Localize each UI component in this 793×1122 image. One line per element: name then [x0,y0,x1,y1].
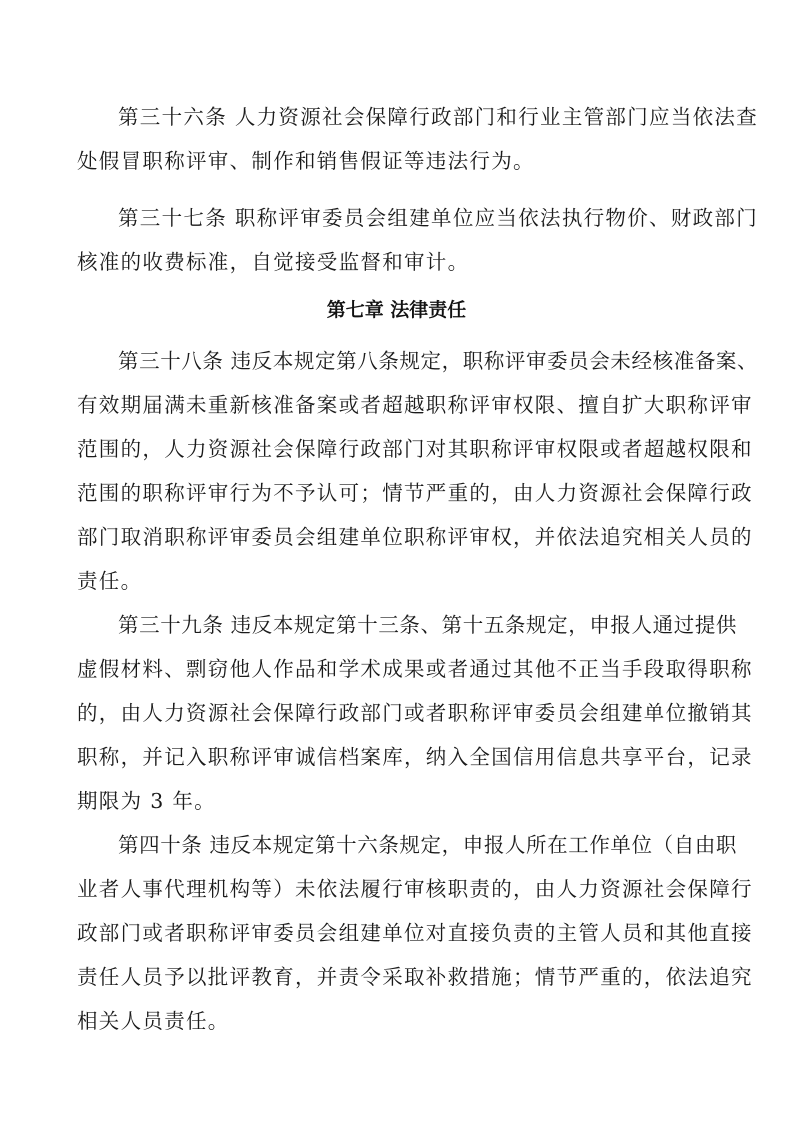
document-page: 第三十六条 人力资源社会保障行政部门和行业主管部门应当依法查 处假冒职称评审、制… [0,0,793,1122]
paragraph-line: 政部门或者职称评审委员会组建单位对直接负责的主管人员和其他直接 [77,919,717,947]
paragraph-line: 虚假材料、剽窃他人作品和学术成果或者通过其他不正当手段取得职称 [77,655,717,683]
paragraph-line: 的，由人力资源社会保障行政部门或者职称评审委员会组建单位撤销其 [77,699,717,727]
paragraph-line: 处假冒职称评审、制作和销售假证等违法行为。 [77,147,717,175]
paragraph-line: 第三十九条 违反本规定第十三条、第十五条规定，申报人通过提供 [118,611,758,639]
paragraph-line: 第三十七条 职称评审委员会组建单位应当依法执行物价、财政部门 [118,204,758,232]
paragraph-line: 核准的收费标准，自觉接受监督和审计。 [77,248,717,276]
paragraph-line: 范围的，人力资源社会保障行政部门对其职称评审权限或者超越权限和 [77,435,717,463]
paragraph-line: 第三十六条 人力资源社会保障行政部门和行业主管部门应当依法查 [118,103,758,131]
paragraph-line: 第四十条 违反本规定第十六条规定，申报人所在工作单位（自由职 [118,831,758,859]
paragraph-line: 职称，并记入职称评审诚信档案库，纳入全国信用信息共享平台，记录 [77,743,717,771]
paragraph-line: 部门取消职称评审委员会组建单位职称评审权，并依法追究相关人员的 [77,523,717,551]
chapter-heading: 第七章 法律责任 [0,296,793,324]
paragraph-line: 相关人员责任。 [77,1007,717,1035]
paragraph-line: 第三十八条 违反本规定第八条规定，职称评审委员会未经核准备案、 [118,347,758,375]
paragraph-line: 业者人事代理机构等）未依法履行审核职责的，由人力资源社会保障行 [77,875,717,903]
paragraph-line: 责任人员予以批评教育，并责令采取补救措施；情节严重的，依法追究 [77,963,717,991]
paragraph-line: 范围的职称评审行为不予认可；情节严重的，由人力资源社会保障行政 [77,479,717,507]
paragraph-line: 责任。 [77,567,717,595]
paragraph-line: 有效期届满未重新核准备案或者超越职称评审权限、擅自扩大职称评审 [77,391,717,419]
paragraph-line: 期限为 3 年。 [77,787,717,815]
